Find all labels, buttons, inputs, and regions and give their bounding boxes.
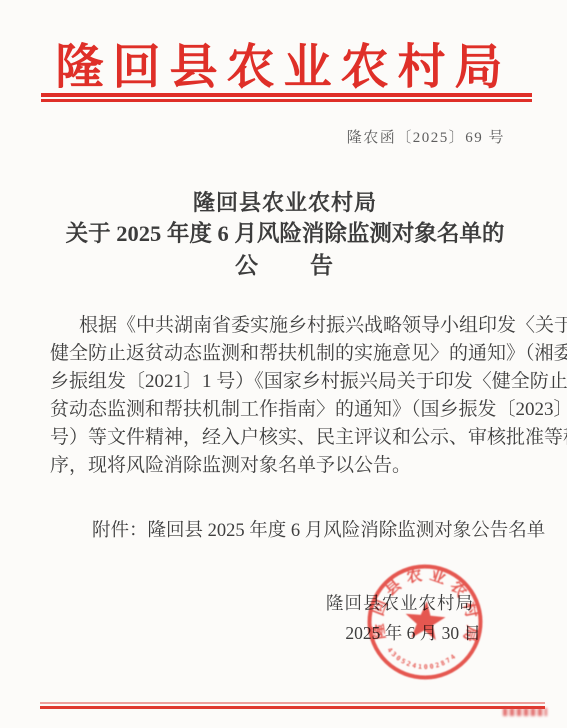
- notice-title: 隆回县农业农村局 关于 2025 年度 6 月风险消除监测对象名单的 公 告: [40, 188, 530, 282]
- body-line: 贫动态监测和帮扶机制工作指南〉的通知》（国乡振发〔2023〕4: [50, 396, 530, 424]
- footer-rule: [40, 702, 545, 709]
- notice-title-line-1: 隆回县农业农村局: [40, 188, 530, 218]
- body-line: 根据《中共湖南省委实施乡村振兴战略领导小组印发〈关于: [50, 312, 530, 340]
- body-line: 健全防止返贫动态监测和帮扶机制的实施意见〉的通知》（湘委: [50, 340, 530, 368]
- body-paragraph: 根据《中共湖南省委实施乡村振兴战略领导小组印发〈关于 健全防止返贫动态监测和帮扶…: [50, 312, 530, 480]
- body-line: 号）等文件精神，经入户核实、民主评议和公示、审核批准等程: [50, 424, 530, 452]
- letterhead-title: 隆回县农业农村局: [0, 28, 567, 97]
- official-seal: 隆回县农业农村局 4305241002874: [344, 541, 507, 704]
- body-line: 乡振组发〔2021〕1 号）《国家乡村振兴局关于印发〈健全防止返: [50, 368, 530, 396]
- notice-title-line-2: 关于 2025 年度 6 月风险消除监测对象名单的: [40, 218, 530, 249]
- document-page: 隆回县农业农村局 隆农函〔2025〕69 号 隆回县农业农村局 关于 2025 …: [0, 0, 567, 728]
- seal-star-icon: [404, 599, 447, 640]
- illegible-red-watermark: [503, 708, 547, 716]
- document-number: 隆农函〔2025〕69 号: [347, 126, 505, 147]
- body-line: 序，现将风险消除监测对象名单予以公告。: [50, 452, 530, 480]
- letterhead-separator-rule: [41, 93, 532, 102]
- attachment-line: 附件：隆回县 2025 年度 6 月风险消除监测对象公告名单: [92, 516, 545, 542]
- notice-title-line-3: 公 告: [40, 249, 530, 282]
